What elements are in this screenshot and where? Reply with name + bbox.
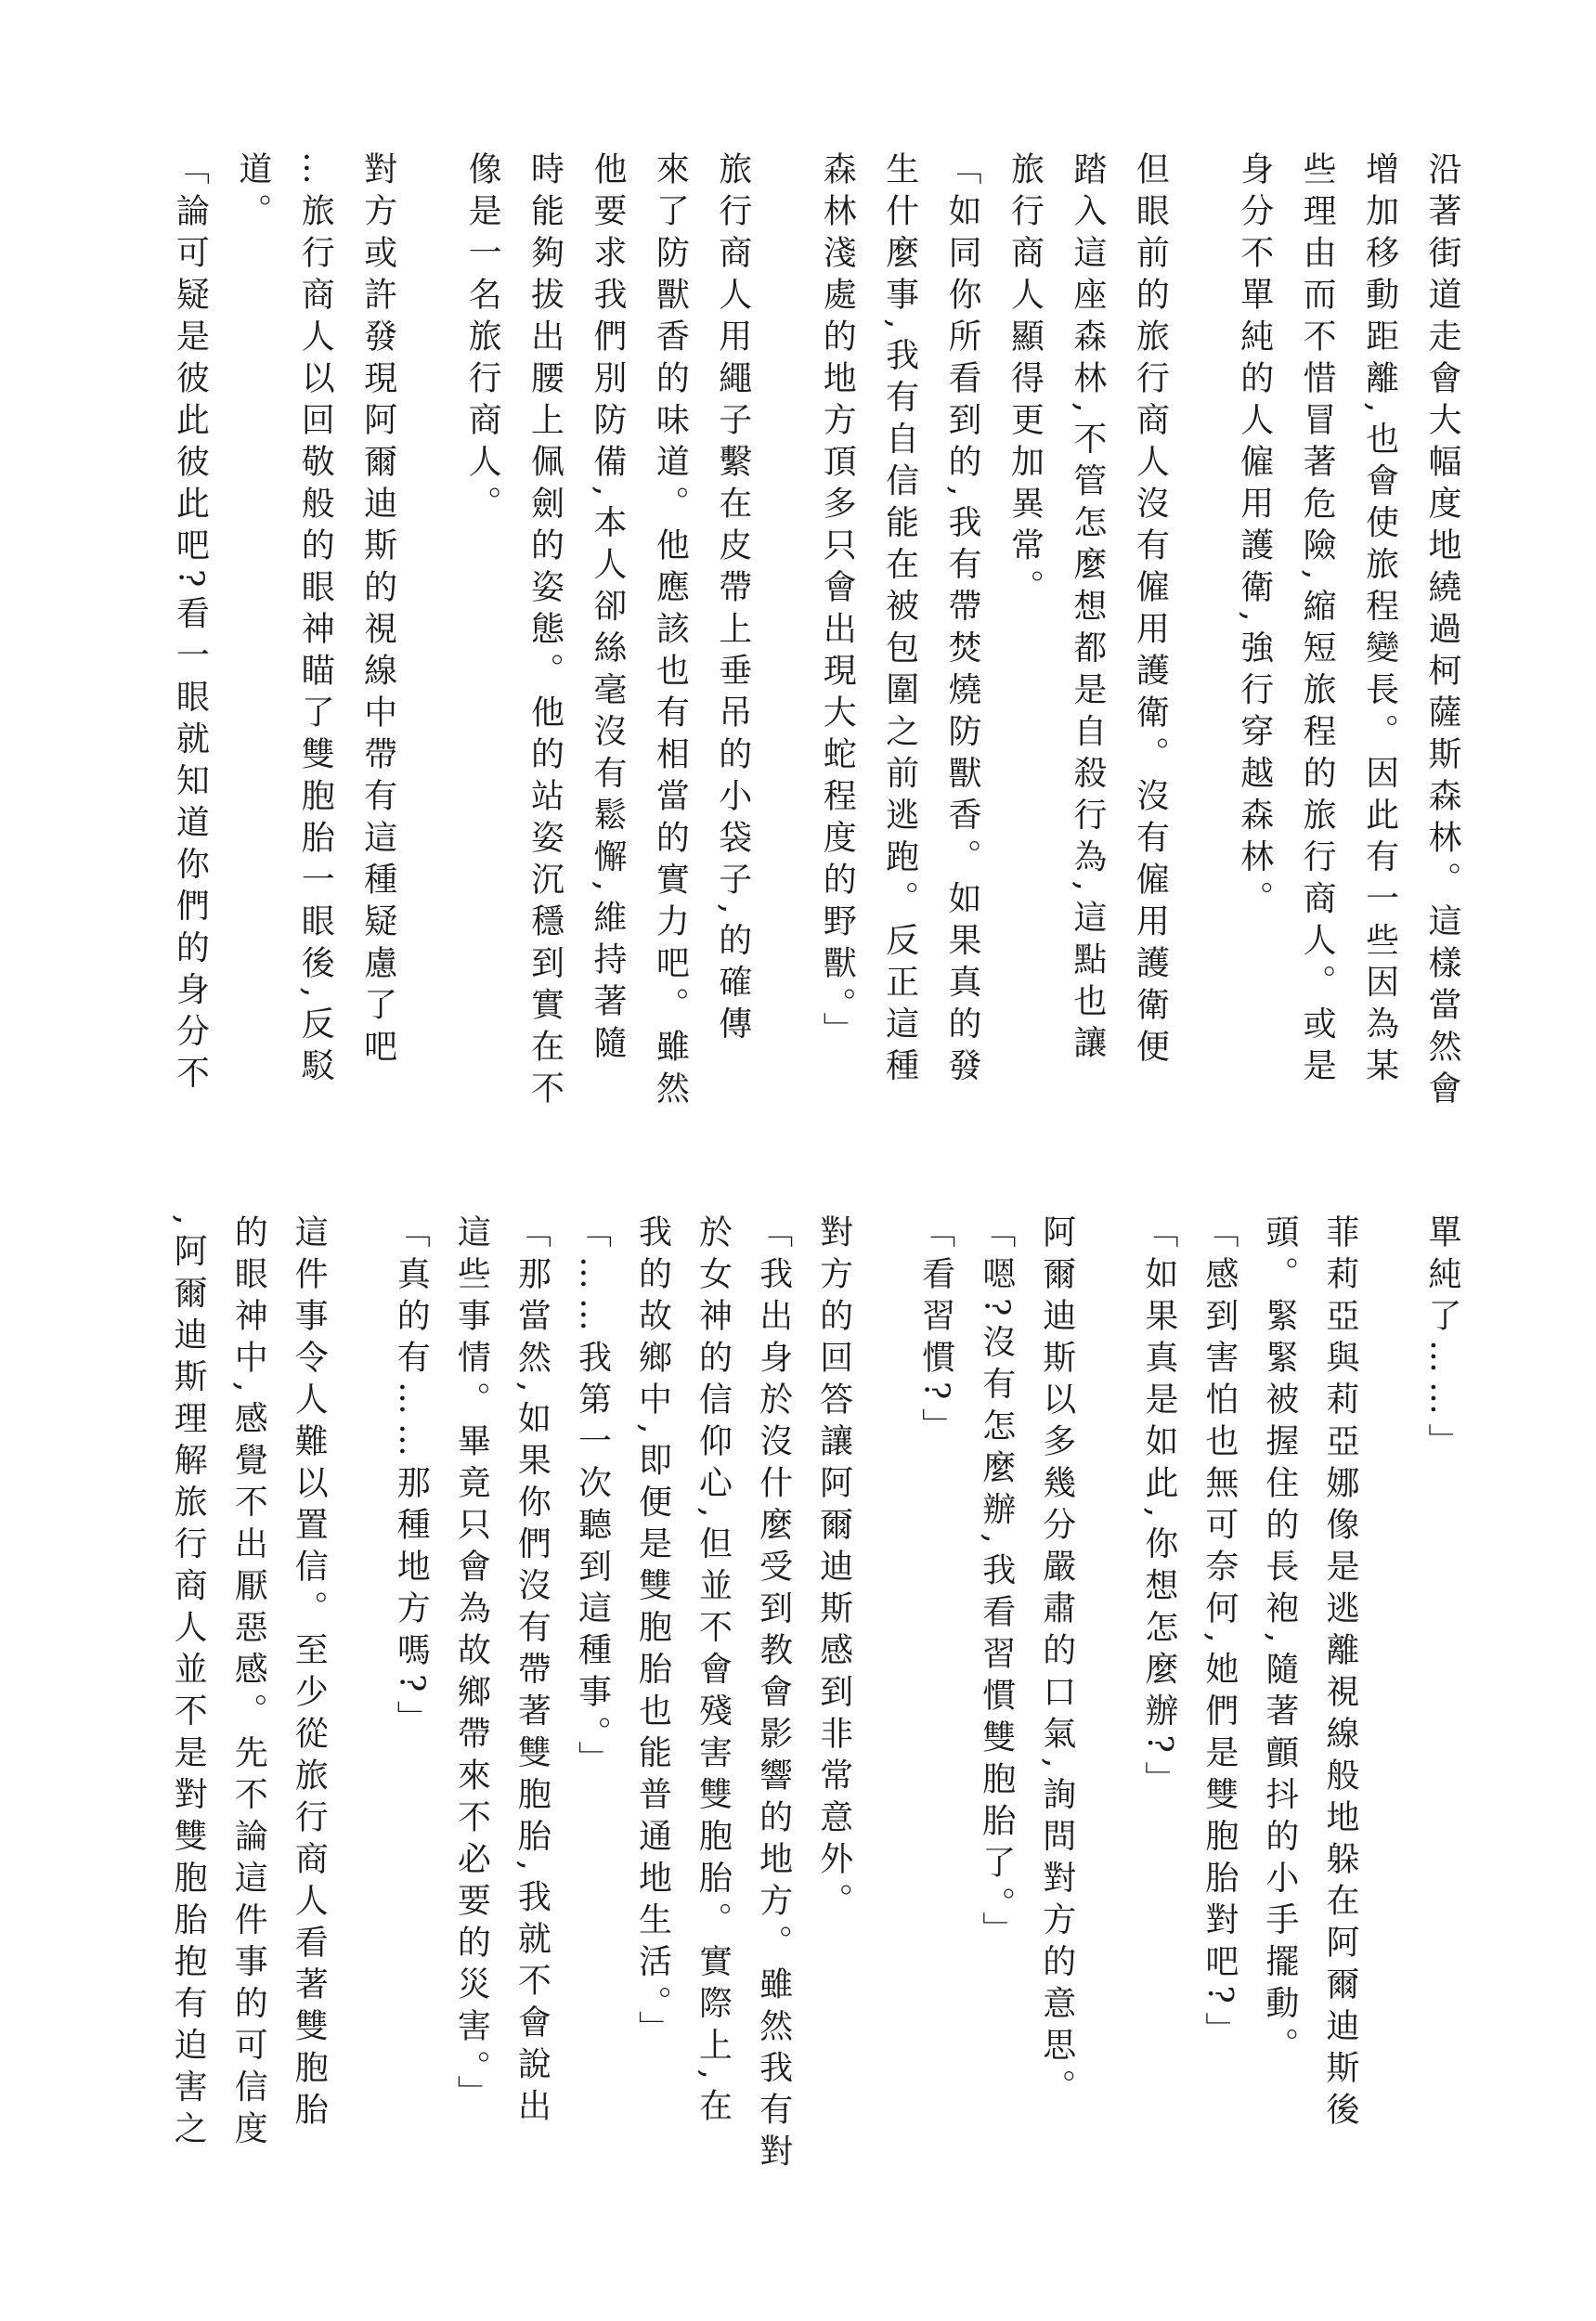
- text-column: 這件事令人難以置信。至少從旅行商人看著雙胞胎: [282, 1214, 384, 2133]
- text-column: 頭。緊緊被握住的長袍,隨著顫抖的小手擺動。: [1253, 1214, 1314, 2175]
- text-column: 「如果真是如此,你想怎麼辦?」: [1133, 1214, 1193, 2175]
- text-column: 像是一名旅行商人。: [454, 151, 516, 1112]
- text-column: 些理由而不惜冒著危險,縮短旅程的旅行商人。或是: [1289, 151, 1351, 1112]
- text-column: 「真的有……那種地方嗎?」: [384, 1214, 445, 2175]
- text-column: 「嗯?沒有怎麼辦,我看習慣雙胞胎了。」: [970, 1214, 1031, 2175]
- text-column: 於女神的信仰心,但並不會殘害雙胞胎。實際上,在: [686, 1214, 746, 2175]
- text-column: 旅行商人顯得更加異常。: [996, 151, 1058, 1112]
- text-column: 沿著街道走會大幅度地繞過柯薩斯森林。這樣當然會: [1414, 151, 1476, 1112]
- text-column: 「如同你所看到的,我有帶焚燒防獸香。如果真的發: [934, 151, 996, 1112]
- text-column: 但眼前的旅行商人沒有僱用護衛。沒有僱用護衛便: [1122, 151, 1226, 1070]
- text-column: 踏入這座森林,不管怎麼想都是自殺行為,這點也讓: [1058, 151, 1121, 1112]
- text-column: 道。: [224, 151, 286, 1112]
- text-column: 「看習慣?」: [910, 1214, 970, 2175]
- text-column: 「那當然,如果你們沒有帶著雙胞胎,我就不會說出: [505, 1214, 565, 2175]
- text-column: 身分不單純的人僱用護衛,強行穿越森林。: [1226, 151, 1288, 1112]
- text-column: 他要求我們別防備,本人卻絲毫沒有鬆懈,維持著隨: [579, 151, 642, 1112]
- text-column: 「感到害怕也無可奈何,她們是雙胞胎對吧?」: [1193, 1214, 1253, 2175]
- text-column: 旅行商人用繩子繫在皮帶上垂吊的小袋子,的確傳: [704, 151, 808, 1070]
- bottom-text-block: 單純了……」 菲莉亞與莉亞娜像是逃離視線般地躲在阿爾迪斯後 頭。緊緊被握住的長袍…: [162, 1214, 1476, 2175]
- text-column: 森林淺處的地方頂多只會出現大蛇程度的野獸。」: [809, 151, 871, 1112]
- top-text-block: 沿著街道走會大幅度地繞過柯薩斯森林。這樣當然會 增加移動距離,也會使旅程變長。因…: [162, 151, 1476, 1112]
- text-column: 增加移動距離,也會使旅程變長。因此有一些因為某: [1351, 151, 1413, 1112]
- text-column: 生什麼事,我有自信能在被包圍之前逃跑。反正這種: [871, 151, 933, 1112]
- novel-page: 沿著街道走會大幅度地繞過柯薩斯森林。這樣當然會 增加移動距離,也會使旅程變長。因…: [0, 0, 1596, 2321]
- text-column: ,阿爾迪斯理解旅行商人並不是對雙胞胎抱有迫害之: [162, 1214, 222, 2175]
- text-column: 菲莉亞與莉亞娜像是逃離視線般地躲在阿爾迪斯後: [1314, 1214, 1416, 2133]
- text-column: 阿爾迪斯以多幾分嚴肅的口氣,詢問對方的意思。: [1031, 1214, 1133, 2133]
- text-column: 單純了……」: [1416, 1214, 1476, 2175]
- text-column: 對方或許發現阿爾迪斯的視線中帶有這種疑慮了吧: [349, 151, 453, 1070]
- text-column: 「我出身於沒什麼受到教會影響的地方。雖然我有對: [747, 1214, 808, 2175]
- text-column: 我的故鄉中,即便是雙胞胎也能普通地生活。」: [626, 1214, 686, 2175]
- text-column: …旅行商人以回敬般的眼神瞄了雙胞胎一眼後,反駁: [287, 151, 349, 1112]
- text-column: 對方的回答讓阿爾迪斯感到非常意外。: [808, 1214, 910, 2133]
- text-column: 的眼神中,感覺不出厭惡感。先不論這件事的可信度: [222, 1214, 282, 2175]
- text-column: 來了防獸香的味道。他應該也有相當的實力吧。雖然: [642, 151, 704, 1112]
- text-column: 「論可疑是彼此彼此吧?看一眼就知道你們的身分不: [162, 151, 224, 1112]
- text-column: 「……我第一次聽到這種事。」: [565, 1214, 626, 2175]
- text-column: 這些事情。畢竟只會為故鄉帶來不必要的災害。」: [445, 1214, 505, 2175]
- text-column: 時能夠拔出腰上佩劍的姿態。他的站姿沉穩到實在不: [516, 151, 578, 1112]
